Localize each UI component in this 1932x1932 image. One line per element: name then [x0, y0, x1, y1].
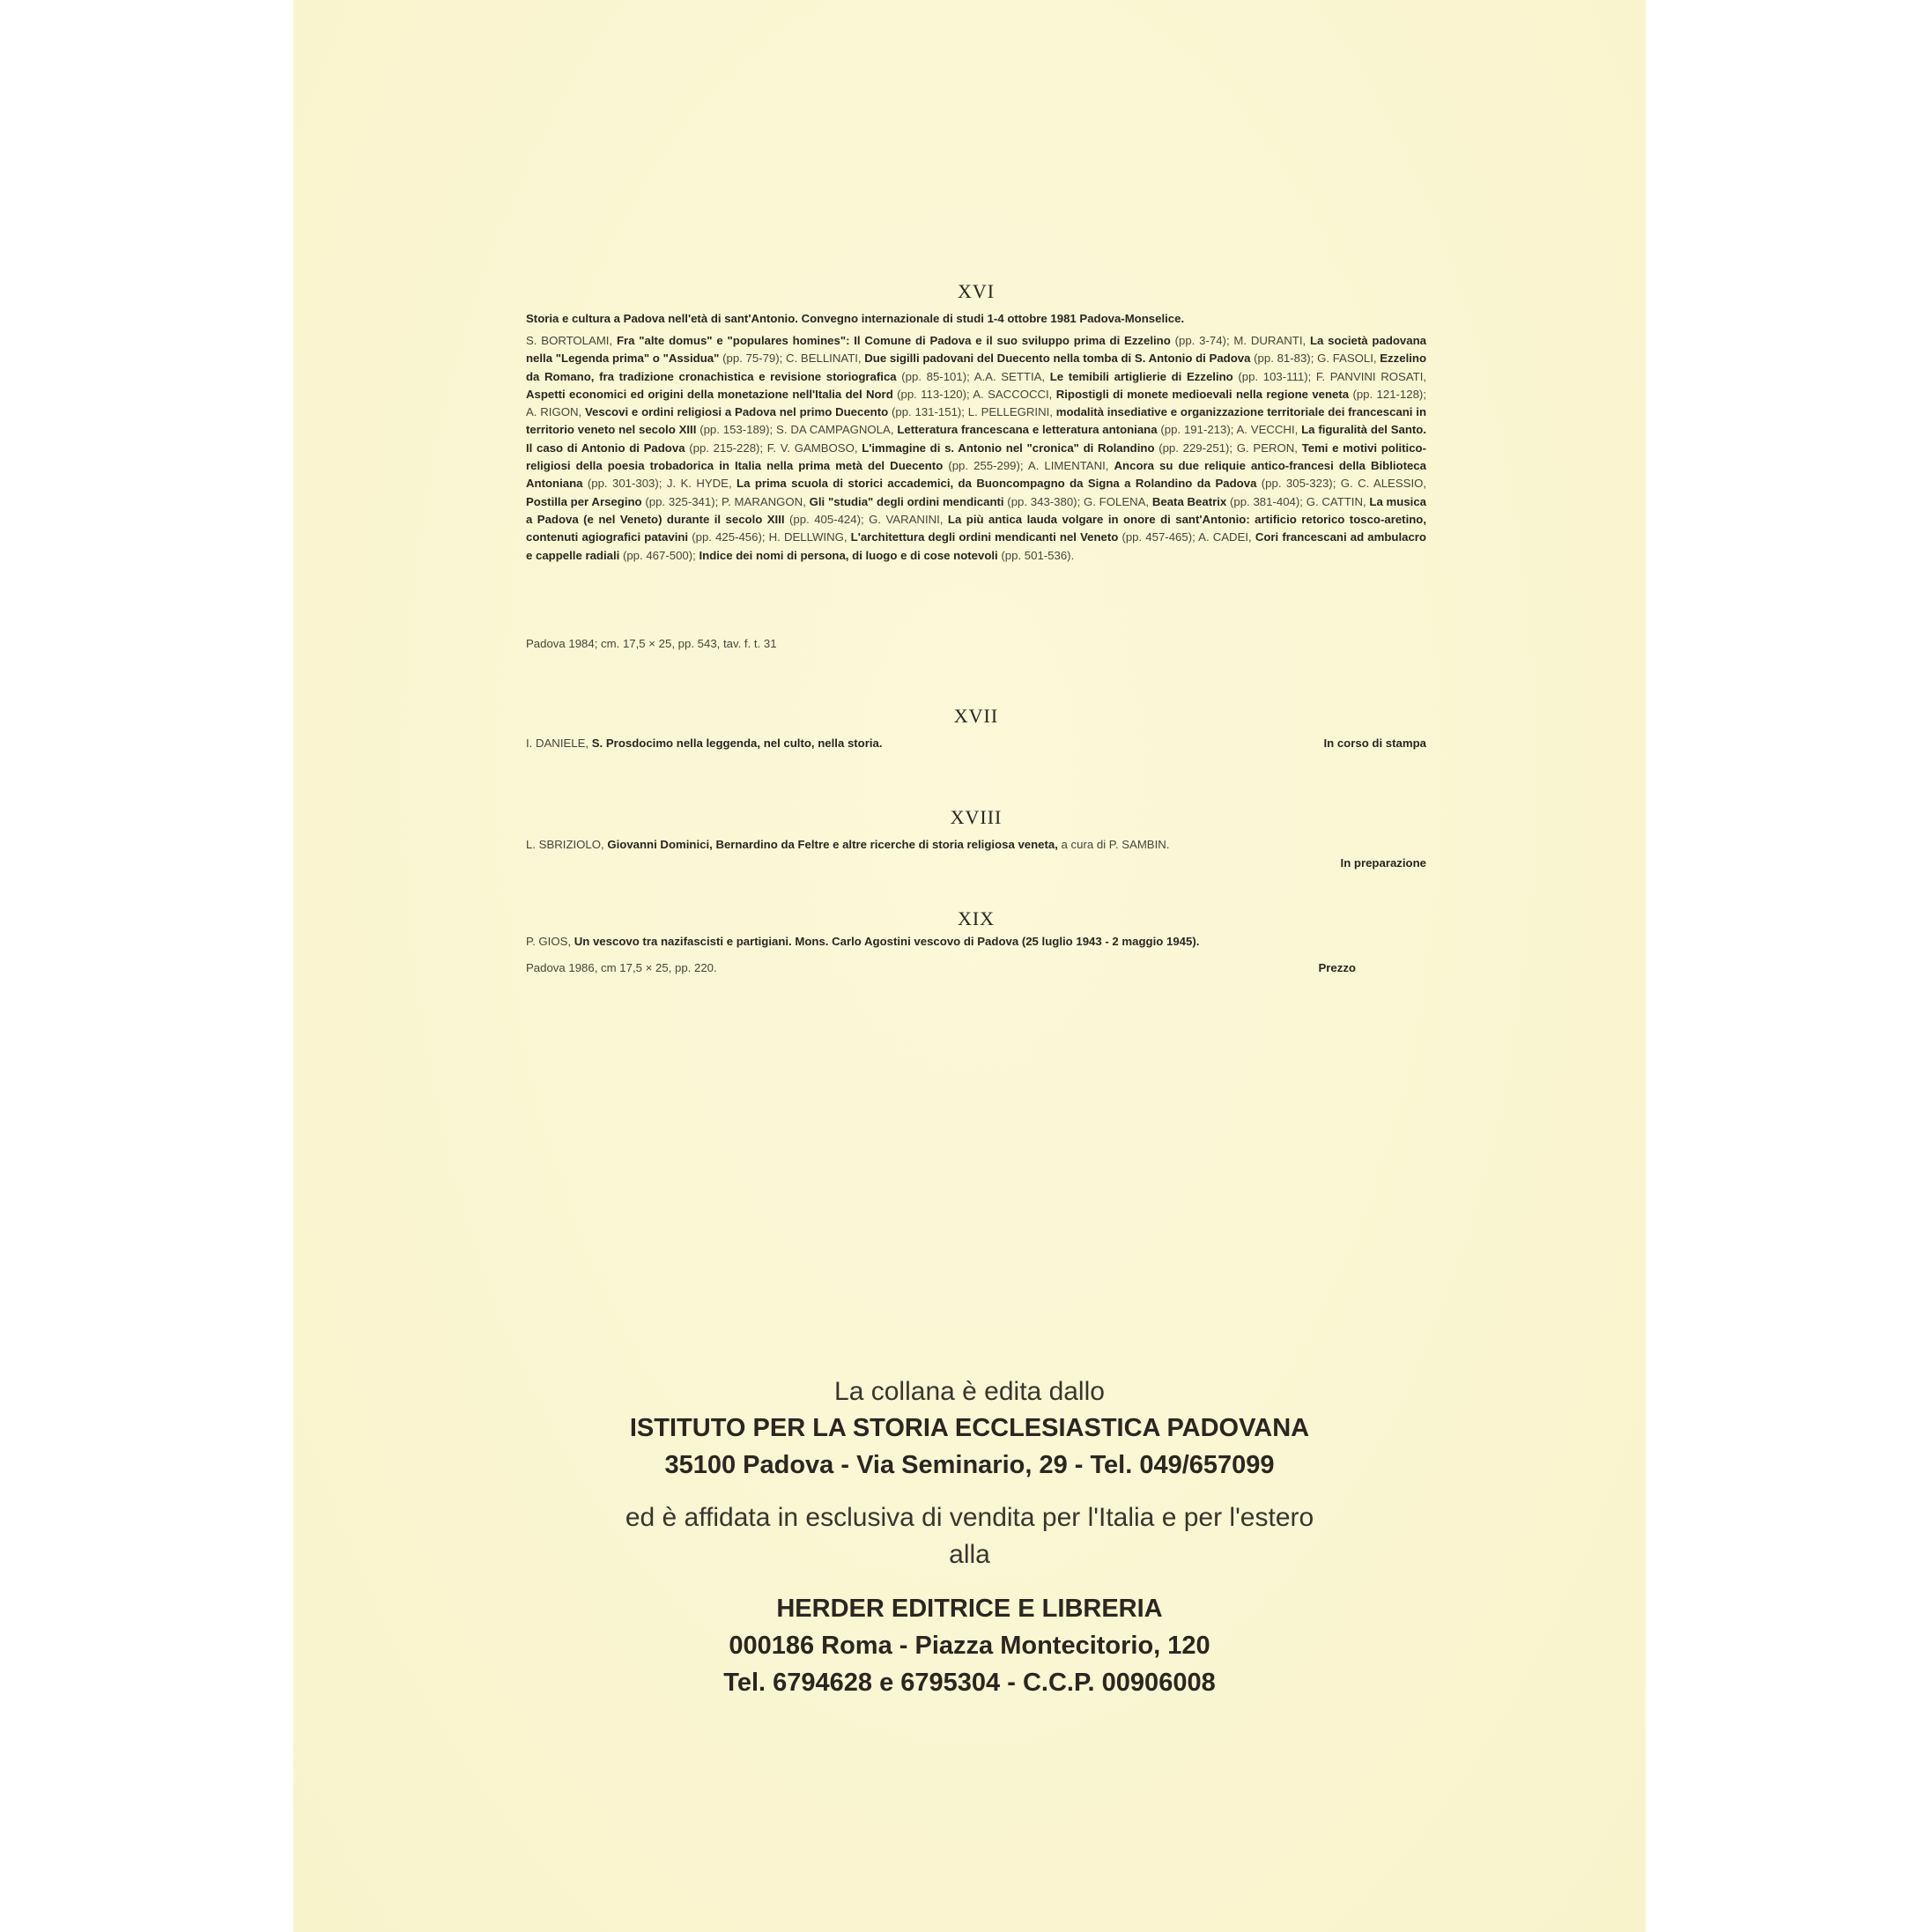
entry-author: A.A. SETTIA,	[974, 370, 1050, 383]
entry-author: A. CADEI,	[1198, 530, 1255, 544]
distributor-contacts: Tel. 6794628 e 6795304 - C.C.P. 00906008	[293, 1669, 1646, 1698]
entry-author: G. C. ALESSIO,	[1341, 477, 1426, 490]
volume-number-xviii: XVIII	[526, 806, 1426, 829]
entry-pages: (pp. 131-151);	[888, 405, 968, 418]
volume-number-xvi: XVI	[526, 280, 1426, 303]
entry-pages: (pp. 75-79);	[719, 352, 786, 365]
volume-number-xix: XIX	[526, 907, 1426, 930]
entry-pages: (pp. 121-128);	[1349, 388, 1426, 401]
entry-author: S. BORTOLAMI,	[526, 334, 617, 347]
volume-entry-xviii: L. SBRIZIOLO, Giovanni Dominici, Bernard…	[526, 836, 1426, 854]
entry-pages: (pp. 103-111);	[1233, 370, 1316, 383]
contents-entry: G. FOLENA, Beata Beatrix (pp. 381-404);	[1084, 495, 1307, 508]
entry-title: Aspetti economici ed origini della monet…	[526, 388, 893, 401]
contents-entry: A.A. SETTIA, Le temibili artiglierie di …	[974, 370, 1316, 383]
entry-pages: (pp. 305-323);	[1256, 477, 1340, 490]
series-intro: La collana è edita dallo	[293, 1377, 1646, 1407]
distributor-address: 000186 Roma - Piazza Montecitorio, 120	[293, 1632, 1646, 1661]
entry-title: Due sigilli padovani del Duecento nella …	[864, 352, 1250, 365]
contents-entry: J. K. HYDE, La prima scuola di storici a…	[667, 477, 1341, 490]
entry-pages: (pp. 501-536).	[998, 549, 1075, 562]
volume-imprint-xvi: Padova 1984; cm. 17,5 × 25, pp. 543, tav…	[526, 635, 1426, 653]
author: I. DANIELE,	[526, 737, 592, 750]
editor: a cura di P. SAMBIN.	[1058, 838, 1170, 851]
entry-title: Fra "alte domus" e "populares homines": …	[617, 334, 1171, 347]
entry-pages: (pp. 3-74);	[1171, 334, 1234, 347]
entry-pages: (pp. 381-404);	[1226, 495, 1306, 508]
entry-author: P. MARANGON,	[722, 495, 810, 508]
contents-entry: A. RIGON, Vescovi e ordini religiosi a P…	[526, 405, 968, 418]
title: Giovanni Dominici, Bernardino da Feltre …	[607, 838, 1058, 851]
entry-author: G. CATTIN,	[1307, 495, 1370, 508]
entry-author: J. K. HYDE,	[667, 477, 737, 490]
entry-text: I. DANIELE, S. Prosdocimo nella leggenda…	[526, 735, 883, 752]
entry-title: Postilla per Arsegino	[526, 495, 642, 508]
entry-author: L. PELLEGRINI,	[968, 405, 1056, 418]
entry-title: Gli "studia" degli ordini mendicanti	[810, 495, 1004, 508]
contents-entry: C. BELLINATI, Due sigilli padovani del D…	[786, 352, 1317, 365]
volume-imprint-xix: Padova 1986, cm 17,5 × 25, pp. 220. Prez…	[526, 959, 1426, 977]
entry-title: Le temibili artiglierie di Ezzelino	[1050, 370, 1233, 383]
entry-pages: (pp. 301-303);	[582, 477, 666, 490]
entry-author: G. VARANINI,	[869, 513, 948, 526]
catalog-page: XVI Storia e cultura a Padova nell'età d…	[293, 0, 1646, 1932]
entry-author: S. DA CAMPAGNOLA,	[776, 423, 897, 436]
entry-author: F. PANVINI ROSATI,	[1316, 370, 1426, 383]
entry-pages: (pp. 215-228);	[685, 441, 767, 455]
price-label: Prezzo	[1318, 959, 1356, 977]
contents-entry: S. DA CAMPAGNOLA, Letteratura francescan…	[776, 423, 1236, 436]
entry-author: C. BELLINATI,	[786, 352, 864, 365]
entry-pages: (pp. 153-189);	[696, 423, 776, 436]
entry-title: L'immagine di s. Antonio nel "cronica" d…	[862, 441, 1154, 455]
volume-heading-xvi: Storia e cultura a Padova nell'età di sa…	[526, 310, 1426, 328]
entry-pages: (pp. 191-213);	[1158, 423, 1237, 436]
entry-title: Vescovi e ordini religiosi a Padova nel …	[585, 405, 888, 418]
author: L. SBRIZIOLO,	[526, 838, 607, 851]
status-label: In preparazione	[526, 855, 1426, 872]
entry-title: L'architettura degli ordini mendicanti n…	[851, 530, 1119, 544]
entry-title: Letteratura francescana e letteratura an…	[897, 423, 1157, 436]
entry-title: Indice dei nomi di persona, di luogo e d…	[699, 549, 997, 562]
entry-author: A. RIGON,	[526, 405, 585, 418]
entry-author: A. LIMENTANI,	[1028, 459, 1114, 472]
imprint: Padova 1986, cm 17,5 × 25, pp. 220.	[526, 959, 717, 977]
author: P. GIOS,	[526, 935, 574, 948]
entry-pages: (pp. 457-465);	[1118, 530, 1198, 544]
entry-pages: (pp. 343-380);	[1004, 495, 1084, 508]
entry-pages: (pp. 325-341);	[642, 495, 722, 508]
entry-author: A. SACCOCCI,	[973, 388, 1055, 401]
entry-author: F. V. GAMBOSO,	[767, 441, 862, 455]
entry-author: G. PERON,	[1237, 441, 1302, 455]
entry-author: M. DURANTI,	[1233, 334, 1310, 347]
title: Un vescovo tra nazifascisti e partigiani…	[574, 935, 1200, 948]
volume-contents-xvi: S. BORTOLAMI, Fra "alte domus" e "popula…	[526, 332, 1426, 565]
entry-author: G. FOLENA,	[1084, 495, 1152, 508]
status-label: In corso di stampa	[1323, 735, 1426, 752]
entry-pages: (pp. 467-500);	[619, 549, 699, 562]
publisher-address: 35100 Padova - Via Seminario, 29 - Tel. …	[293, 1451, 1646, 1480]
entry-author: A. VECCHI,	[1237, 423, 1302, 436]
entry-pages: (pp. 255-299);	[943, 459, 1028, 472]
contents-entry: S. BORTOLAMI, Fra "alte domus" e "popula…	[526, 334, 1233, 347]
entry-author: H. DELLWING,	[769, 530, 851, 544]
entry-pages: (pp. 229-251);	[1155, 441, 1237, 455]
entry-pages: (pp. 425-456);	[688, 530, 769, 544]
volume-number-xvii: XVII	[526, 705, 1426, 728]
volume-entry-xvii: I. DANIELE, S. Prosdocimo nella leggenda…	[526, 735, 1426, 752]
distribution-text-cont: alla	[293, 1540, 1646, 1570]
volume-entry-xix: P. GIOS, Un vescovo tra nazifascisti e p…	[526, 933, 1426, 951]
contents-entry: Indice dei nomi di persona, di luogo e d…	[699, 549, 1074, 562]
distribution-text: ed è affidata in esclusiva di vendita pe…	[293, 1503, 1646, 1533]
entry-title: Beata Beatrix	[1152, 495, 1226, 508]
contents-entry: H. DELLWING, L'architettura degli ordini…	[769, 530, 1199, 544]
contents-entry: F. V. GAMBOSO, L'immagine di s. Antonio …	[767, 441, 1237, 455]
entry-pages: (pp. 405-424);	[785, 513, 870, 526]
entry-pages: (pp. 81-83);	[1250, 352, 1317, 365]
contents-entry: A. SACCOCCI, Ripostigli di monete medioe…	[973, 388, 1426, 401]
distributor-name: HERDER EDITRICE E LIBRERIA	[293, 1595, 1646, 1624]
contents-entry: P. MARANGON, Gli "studia" degli ordini m…	[722, 495, 1084, 508]
entry-title: La prima scuola di storici accademici, d…	[737, 477, 1256, 490]
entry-author: G. FASOLI,	[1317, 352, 1380, 365]
entry-pages: (pp. 85-101);	[897, 370, 974, 383]
entry-title: Ripostigli di monete medioevali nella re…	[1056, 388, 1349, 401]
publisher-name: ISTITUTO PER LA STORIA ECCLESIASTICA PAD…	[293, 1414, 1646, 1443]
entry-pages: (pp. 113-120);	[893, 388, 973, 401]
title: S. Prosdocimo nella leggenda, nel culto,…	[592, 737, 883, 750]
